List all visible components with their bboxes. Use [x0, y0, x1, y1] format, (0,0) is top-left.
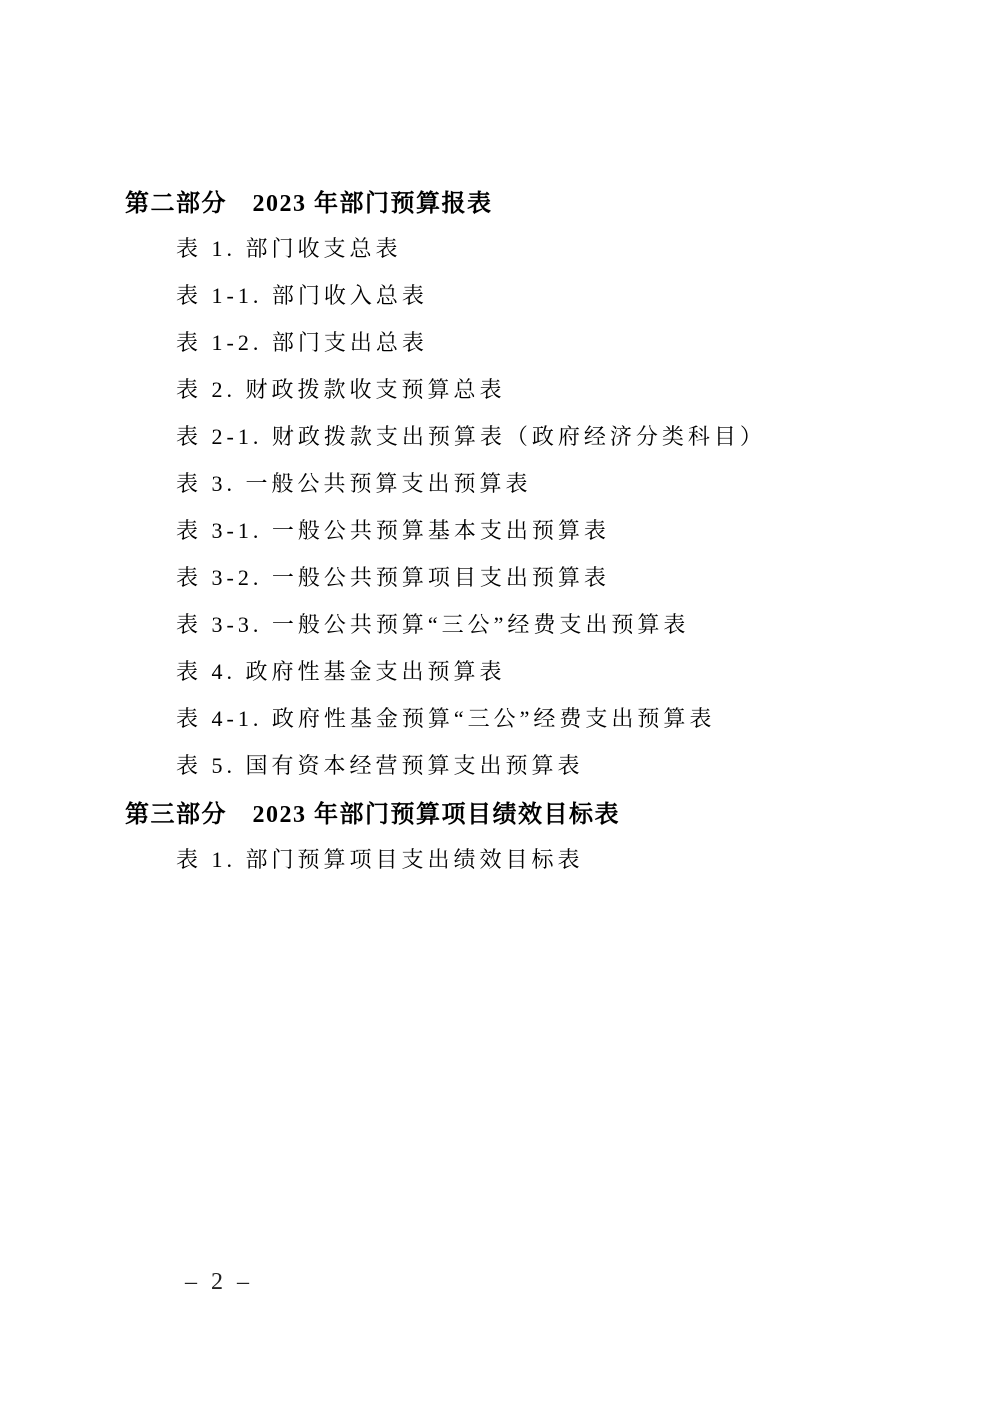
- toc-item: 表 5. 国有资本经营预算支出预算表: [0, 741, 992, 788]
- section-heading-part2: 第二部分 2023 年部门预算报表: [0, 177, 992, 224]
- toc-item: 表 4. 政府性基金支出预算表: [0, 647, 992, 694]
- toc-item: 表 1-1. 部门收入总表: [0, 271, 992, 318]
- section-heading-part3: 第三部分 2023 年部门预算项目绩效目标表: [0, 788, 992, 835]
- toc-item: 表 3. 一般公共预算支出预算表: [0, 459, 992, 506]
- toc-item: 表 3-1. 一般公共预算基本支出预算表: [0, 506, 992, 553]
- toc-item: 表 1. 部门预算项目支出绩效目标表: [0, 835, 992, 882]
- page-number: – 2 –: [185, 1269, 253, 1295]
- document-page: 第二部分 2023 年部门预算报表 表 1. 部门收支总表 表 1-1. 部门收…: [0, 0, 992, 1403]
- table-of-contents: 第二部分 2023 年部门预算报表 表 1. 部门收支总表 表 1-1. 部门收…: [0, 177, 992, 882]
- toc-item: 表 4-1. 政府性基金预算“三公”经费支出预算表: [0, 694, 992, 741]
- toc-item: 表 2-1. 财政拨款支出预算表（政府经济分类科目）: [0, 412, 992, 459]
- toc-item: 表 1-2. 部门支出总表: [0, 318, 992, 365]
- toc-item: 表 3-2. 一般公共预算项目支出预算表: [0, 553, 992, 600]
- toc-item: 表 2. 财政拨款收支预算总表: [0, 365, 992, 412]
- toc-item: 表 1. 部门收支总表: [0, 224, 992, 271]
- page-footer: – 2 –: [145, 1242, 253, 1323]
- toc-item: 表 3-3. 一般公共预算“三公”经费支出预算表: [0, 600, 992, 647]
